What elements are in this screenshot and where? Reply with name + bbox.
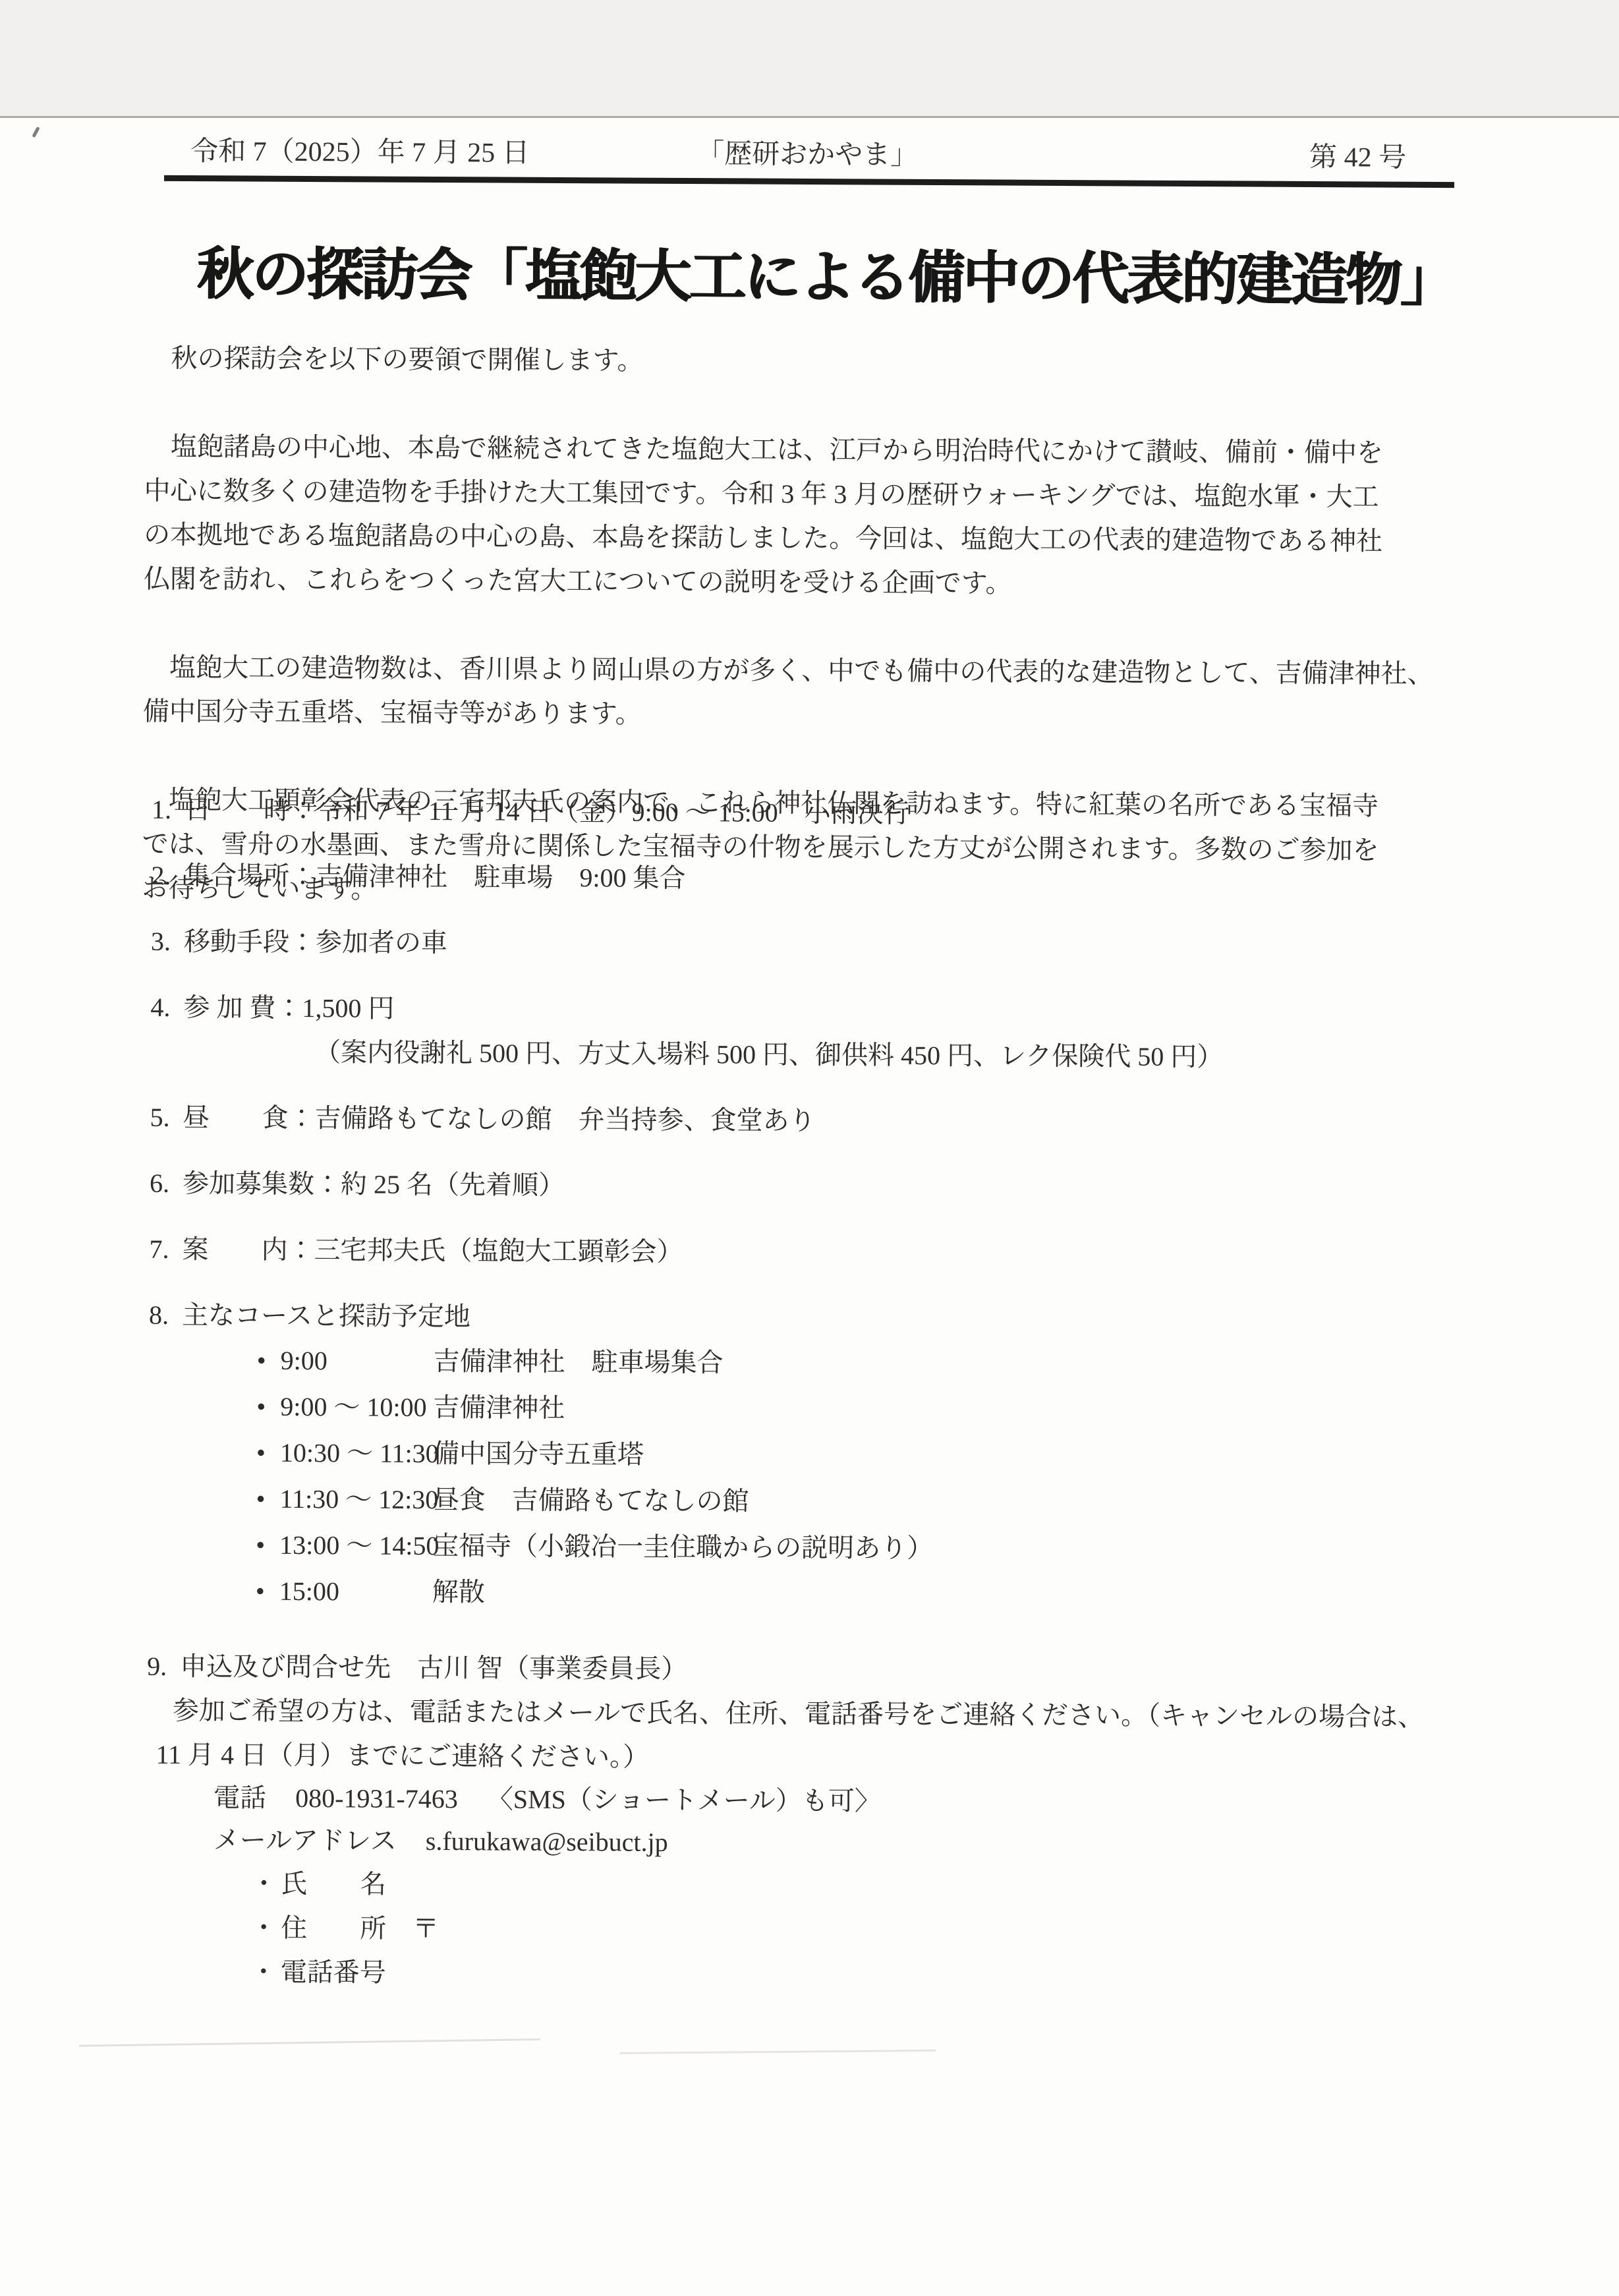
- apply-instructions: 参加ご希望の方は、電話またはメールで氏名、住所、電話番号をご連絡ください。（キャ…: [136, 1688, 1494, 1784]
- schedule-time: 9:00: [280, 1338, 433, 1385]
- item-label: 移動手段：: [184, 927, 316, 957]
- schedule-place: 解散: [432, 1577, 485, 1607]
- item-number: 8.: [138, 1293, 182, 1337]
- item-number: 6.: [139, 1161, 183, 1205]
- item-value: 三宅邦夫氏（塩飽大工顕彰会）: [314, 1235, 683, 1267]
- page-content: 令和 7（2025）年 7 月 25 日 「歴研おかやま」 第 42 号 秋の探…: [0, 0, 1619, 2296]
- item-number: 9.: [136, 1644, 180, 1688]
- sms-note: 〈SMS（ショートメール）も可〉: [487, 1784, 881, 1816]
- form-field-row: ・電話番号: [250, 1950, 1492, 2001]
- bullet-icon: •: [256, 1338, 280, 1384]
- item-label: 案 内：: [182, 1234, 314, 1265]
- email-label: メールアドレス: [213, 1825, 397, 1855]
- list-item-lunch: 5.昼 食：吉備路もてなしの館 弁当持参、食堂あり: [139, 1095, 1496, 1147]
- schedule-row: •11:30 ～ 12:30昼食 吉備路もてなしの館: [256, 1476, 1494, 1529]
- schedule-place: 吉備津神社: [433, 1392, 565, 1423]
- scanned-newsletter-page: { "colors": { "ink": "#2f2d2b", "rule": …: [0, 0, 1619, 2296]
- item-value: 参加者の車: [316, 927, 447, 958]
- schedule-time: 13:00 ～ 14:50: [279, 1522, 432, 1569]
- item-label: 参加募集数：: [183, 1168, 341, 1199]
- item-number: 7.: [138, 1227, 182, 1271]
- item-value: 1,500 円: [302, 993, 394, 1023]
- schedule-time: 9:00 ～ 10:00: [280, 1384, 433, 1431]
- form-field-row: ・氏 名: [250, 1862, 1492, 1912]
- schedule-row: •9:00 ～ 10:00吉備津神社: [256, 1384, 1495, 1437]
- schedule-list: •9:00吉備津神社 駐車場集合 •9:00 ～ 10:00吉備津神社 •10:…: [256, 1338, 1496, 1621]
- bullet-icon: •: [256, 1568, 279, 1615]
- fee-breakdown-note: （案内役謝礼 500 円、方丈入場料 500 円、御供料 450 円、レク保険代…: [314, 1030, 1497, 1080]
- bullet-icon: •: [256, 1522, 279, 1568]
- field-label: 住 所 〒: [281, 1913, 439, 1943]
- details-list: 1.日 時：令和 7 年 11 月 14 日（金）9:00 ～ 15:00 小雨…: [135, 788, 1499, 2001]
- email-address: s.furukawa@seibuct.jp: [426, 1826, 668, 1857]
- form-field-row: ・住 所 〒: [250, 1906, 1492, 1957]
- header-date: 令和 7（2025）年 7 月 25 日: [190, 131, 530, 174]
- phone-label: 電話: [213, 1783, 266, 1812]
- schedule-place: 吉備津神社 駐車場集合: [434, 1346, 724, 1377]
- email-contact-line: メールアドレスs.furukawa@seibuct.jp: [136, 1819, 1493, 1868]
- schedule-row: •9:00吉備津神社 駐車場集合: [256, 1338, 1495, 1391]
- item-number: 2.: [140, 853, 184, 898]
- schedule-place: 宝福寺（小鍛冶一圭住職からの説明あり）: [432, 1531, 933, 1563]
- intro-paragraph-3: 塩飽大工の建造物数は、香川県より岡山県の方が多く、中でも備中の代表的な建造物とし…: [143, 645, 1488, 741]
- item-value: 吉備路もてなしの館 弁当持参、食堂あり: [314, 1103, 815, 1135]
- item-value: 令和 7 年 11 月 14 日（金）9:00 ～ 15:00 小雨決行: [316, 795, 910, 828]
- item-label: 昼 食：: [183, 1103, 314, 1133]
- newsletter-header: 令和 7（2025）年 7 月 25 日 「歴研おかやま」 第 42 号: [144, 131, 1482, 179]
- item-label: 主なコースと探訪予定地: [182, 1300, 470, 1331]
- list-item-datetime: 1.日 時：令和 7 年 11 月 14 日（金）9:00 ～ 15:00 小雨…: [141, 788, 1498, 839]
- bullet-icon: ・: [250, 1862, 277, 1906]
- bullet-icon: ・: [250, 1906, 277, 1950]
- item-number: 5.: [139, 1095, 183, 1139]
- bullet-icon: •: [256, 1384, 280, 1430]
- schedule-row: •15:00解散: [256, 1568, 1494, 1621]
- field-label: 氏 名: [281, 1869, 386, 1899]
- item-label: 日 時：: [185, 795, 316, 825]
- schedule-row: •13:00 ～ 14:50宝福寺（小鍛冶一圭住職からの説明あり）: [256, 1522, 1494, 1575]
- list-item-meeting-place: 2.集合場所：吉備津神社 駐車場 9:00 集合: [140, 853, 1498, 905]
- intro-paragraph-1: 秋の探訪会を以下の要領で開催します。: [144, 336, 1489, 387]
- list-item-capacity: 6.参加募集数：約 25 名（先着順）: [139, 1161, 1496, 1213]
- item-label: 集合場所：: [184, 861, 316, 891]
- item-number: 4.: [140, 985, 183, 1029]
- list-item-transport: 3.移動手段：参加者の車: [140, 919, 1498, 971]
- item-value: 約 25 名（先着順）: [341, 1169, 565, 1200]
- list-item-fee: 4.参 加 費：1,500 円 （案内役謝礼 500 円、方丈入場料 500 円…: [140, 985, 1498, 1081]
- bullet-icon: •: [256, 1430, 280, 1476]
- bullet-icon: •: [256, 1476, 279, 1522]
- item-label: 参 加 費：: [183, 992, 302, 1023]
- list-item-apply-contact: 9.申込及び問合せ先 古川 智（事業委員長）: [136, 1644, 1494, 1696]
- item-number: 3.: [140, 919, 184, 963]
- list-item-course-heading: 8.主なコースと探訪予定地: [138, 1293, 1496, 1344]
- phone-number: 080-1931-7463: [295, 1783, 458, 1814]
- application-form-fields: ・氏 名 ・住 所 〒 ・電話番号: [135, 1861, 1493, 2001]
- item-label: 申込及び問合せ先 古川 智（事業委員長）: [180, 1651, 687, 1684]
- schedule-time: 10:30 ～ 11:30: [280, 1430, 433, 1477]
- item-number: 1.: [141, 788, 185, 832]
- schedule-row: •10:30 ～ 11:30備中国分寺五重塔: [256, 1430, 1495, 1483]
- bullet-icon: ・: [250, 1950, 277, 1994]
- header-publication-name: 「歴研おかやま」: [696, 134, 918, 176]
- field-label: 電話番号: [281, 1957, 386, 1988]
- header-issue-number: 第 42 号: [1309, 137, 1406, 179]
- list-item-guide: 7.案 内：三宅邦夫氏（塩飽大工顕彰会）: [138, 1227, 1496, 1278]
- schedule-time: 11:30 ～ 12:30: [279, 1476, 432, 1523]
- schedule-time: 15:00: [279, 1568, 432, 1615]
- schedule-place: 昼食 吉備路もてなしの館: [432, 1485, 749, 1516]
- schedule-place: 備中国分寺五重塔: [433, 1439, 644, 1470]
- intro-paragraph-2: 塩飽諸島の中心地、本島で継続されてきた塩飽大工は、江戸から明治時代にかけて讃岐、…: [144, 424, 1489, 608]
- phone-contact-line: 電話080-1931-7463〈SMS（ショートメール）も可〉: [136, 1777, 1493, 1826]
- item-value: 吉備津神社 駐車場 9:00 集合: [316, 861, 685, 893]
